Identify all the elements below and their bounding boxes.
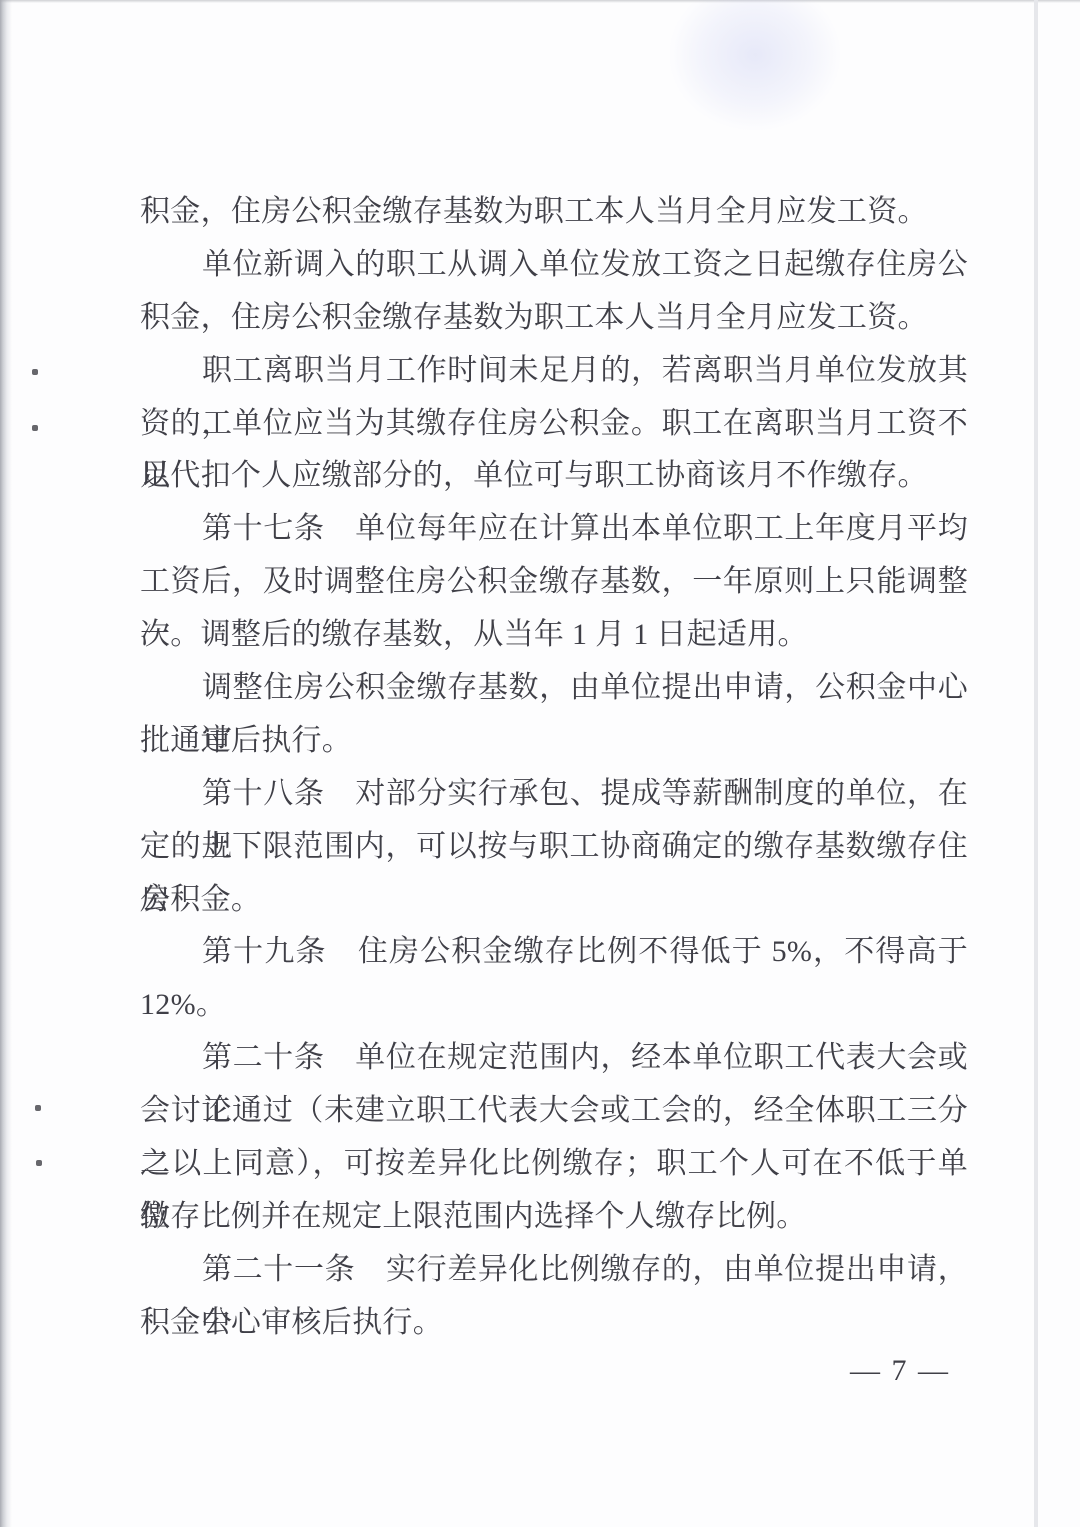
document-line: 定的上下限范围内，可以按与职工协商确定的缴存基数缴存住房 bbox=[140, 821, 968, 874]
document-line: 积金，住房公积金缴存基数为职工本人当月全月应发工资。 bbox=[140, 186, 968, 239]
document-line: 积金，住房公积金缴存基数为职工本人当月全月应发工资。 bbox=[140, 292, 968, 345]
document-line: 二以上同意），可按差异化比例缴存；职工个人可在不低于单位 bbox=[140, 1138, 968, 1191]
document-line: 工资后，及时调整住房公积金缴存基数，一年原则上只能调整一 bbox=[140, 556, 968, 609]
page-number: — 7 — bbox=[850, 1344, 950, 1397]
document-line: 积金中心审核后执行。 bbox=[140, 1297, 968, 1350]
document-line: 第十七条 单位每年应在计算出本单位职工上年度月平均 bbox=[140, 503, 968, 556]
scan-dot bbox=[36, 1160, 42, 1166]
right-edge-line bbox=[1034, 0, 1038, 1527]
document-line: 单位新调入的职工从调入单位发放工资之日起缴存住房公 bbox=[140, 239, 968, 292]
document-line: 第二十条 单位在规定范围内，经本单位职工代表大会或工 bbox=[140, 1032, 968, 1085]
document-line: 次。调整后的缴存基数，从当年 1 月 1 日起适用。 bbox=[140, 609, 968, 662]
document-line: 以代扣个人应缴部分的，单位可与职工协商该月不作缴存。 bbox=[140, 450, 968, 503]
document-line: 批通过后执行。 bbox=[140, 715, 968, 768]
document-line: 资的，单位应当为其缴存住房公积金。职工在离职当月工资不足 bbox=[140, 398, 968, 451]
scan-dot bbox=[35, 1105, 41, 1111]
document-body: 积金，住房公积金缴存基数为职工本人当月全月应发工资。 单位新调入的职工从调入单位… bbox=[140, 186, 968, 1350]
document-line: 缴存比例并在规定上限范围内选择个人缴存比例。 bbox=[140, 1191, 968, 1244]
scan-smudge bbox=[670, 0, 840, 130]
scan-dot bbox=[32, 369, 38, 375]
scan-dot bbox=[32, 425, 38, 431]
left-edge-shadow bbox=[0, 0, 12, 1527]
document-line: 第二十一条 实行差异化比例缴存的，由单位提出申请，公 bbox=[140, 1244, 968, 1297]
document-line: 第十八条 对部分实行承包、提成等薪酬制度的单位，在规 bbox=[140, 768, 968, 821]
document-line: 12%。 bbox=[140, 979, 968, 1032]
document-line: 第十九条 住房公积金缴存比例不得低于 5%，不得高于 bbox=[140, 926, 968, 979]
scanned-document-page: 积金，住房公积金缴存基数为职工本人当月全月应发工资。 单位新调入的职工从调入单位… bbox=[0, 0, 1080, 1527]
top-edge-shadow bbox=[0, 0, 1080, 3]
document-line: 会讨论通过（未建立职工代表大会或工会的，经全体职工三分之 bbox=[140, 1085, 968, 1138]
document-line: 公积金。 bbox=[140, 874, 968, 927]
document-line: 调整住房公积金缴存基数，由单位提出申请，公积金中心审 bbox=[140, 662, 968, 715]
document-line: 职工离职当月工作时间未足月的，若离职当月单位发放其工 bbox=[140, 345, 968, 398]
